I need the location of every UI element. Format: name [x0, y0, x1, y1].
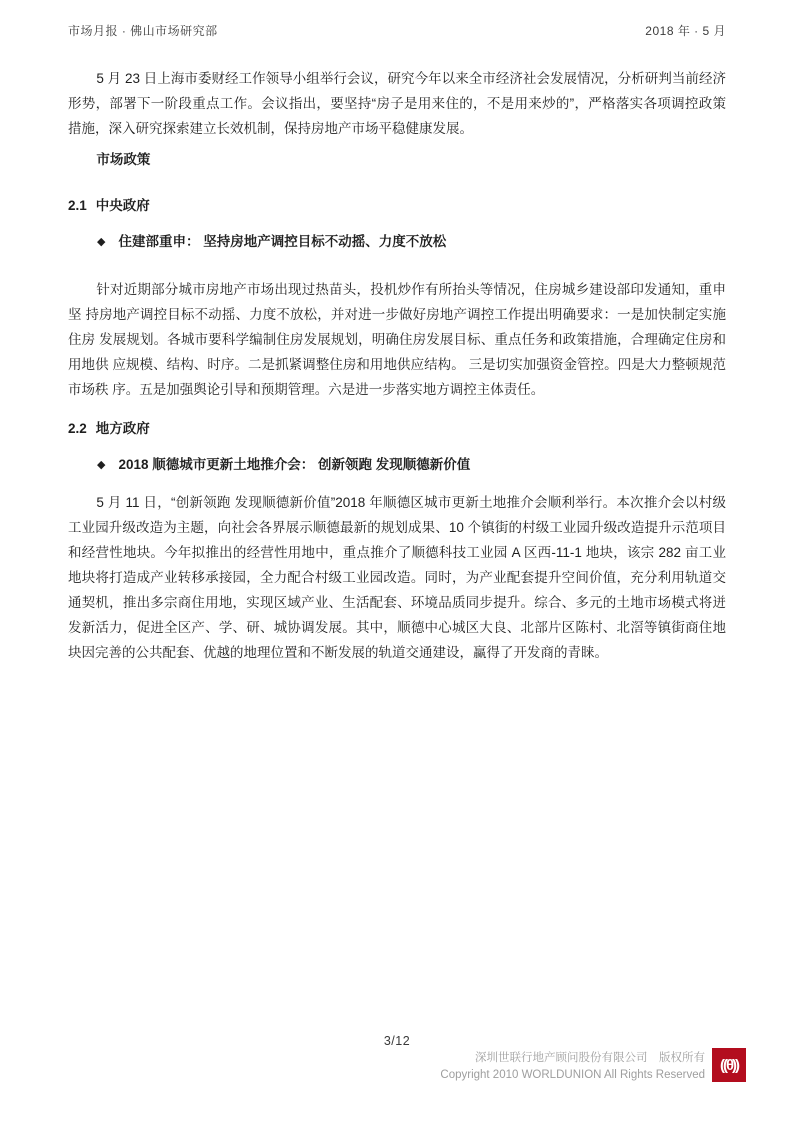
- footer-copyright-line: Copyright 2010 WORLDUNION All Rights Res…: [440, 1067, 705, 1084]
- heading-label: 地方政府: [96, 421, 150, 436]
- central-government-paragraph: 针对近期部分城市房地产市场出现过热苗头，投机炒作有所抬头等情况，住房城乡建设部印…: [68, 277, 726, 402]
- intro-paragraph: 5 月 23 日上海市委财经工作领导小组举行会议，研究今年以来全市经济社会发展情…: [68, 66, 726, 141]
- diamond-bullet-icon: ◆: [97, 455, 105, 475]
- bullet-local-text: 2018 顺德城市更新土地推介会： 创新领跑 发现顺德新价值: [118, 455, 470, 475]
- bullet-local-event: ◆ 2018 顺德城市更新土地推介会： 创新领跑 发现顺德新价值: [68, 455, 726, 476]
- page-number: 3/12: [0, 1034, 794, 1048]
- diamond-bullet-icon: ◆: [97, 232, 105, 252]
- section-title: 市场政策: [68, 151, 726, 169]
- bullet-central-policy: ◆ 住建部重申： 坚持房地产调控目标不动摇、力度不放松: [68, 232, 726, 253]
- heading-label: 中央政府: [96, 198, 150, 213]
- worldunion-logo-icon: ((θ)): [712, 1048, 746, 1082]
- footer-company-line: 深圳世联行地产顾问股份有限公司 版权所有: [440, 1050, 705, 1067]
- heading-number: 2.2: [68, 421, 87, 436]
- spacer: [68, 410, 726, 420]
- document-page: 市场月报 · 佛山市场研究部 2018 年 · 5 月 5 月 23 日上海市委…: [0, 0, 794, 1122]
- heading-number: 2.1: [68, 198, 87, 213]
- bullet-central-text: 住建部重申： 坚持房地产调控目标不动摇、力度不放松: [118, 232, 446, 252]
- page-header: 市场月报 · 佛山市场研究部 2018 年 · 5 月: [68, 22, 726, 39]
- logo-glyph: ((θ)): [720, 1057, 738, 1074]
- header-issue-date: 2018 年 · 5 月: [645, 22, 726, 39]
- document-body: 5 月 23 日上海市委财经工作领导小组举行会议，研究今年以来全市经济社会发展情…: [68, 66, 726, 665]
- heading-local-government: 2.2地方政府: [68, 420, 726, 438]
- heading-central-government: 2.1中央政府: [68, 197, 726, 215]
- header-report-title: 市场月报 · 佛山市场研究部: [68, 22, 218, 39]
- local-government-paragraph: 5 月 11 日，“创新领跑 发现顺德新价值”2018 年顺德区城市更新土地推介…: [68, 490, 726, 665]
- footer-copyright: 深圳世联行地产顾问股份有限公司 版权所有 Copyright 2010 WORL…: [440, 1050, 705, 1084]
